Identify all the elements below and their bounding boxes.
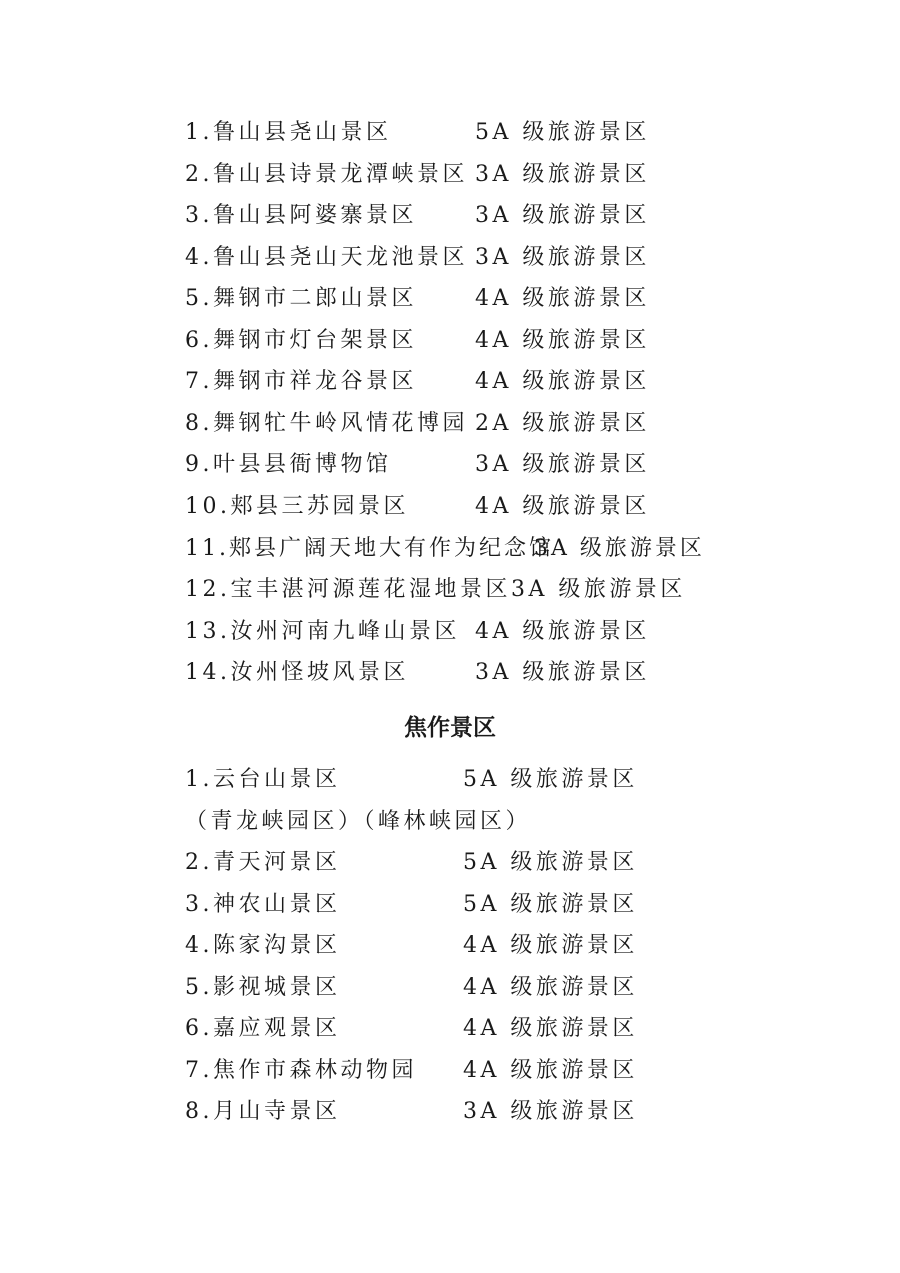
scenic-area-grade: 5A 级旅游景区 xyxy=(463,848,638,878)
scenic-area-grade: 3A 级旅游景区 xyxy=(463,1097,638,1127)
scenic-area-name: 3.鲁山县阿婆寨景区 xyxy=(185,201,417,231)
scenic-area-subareas: （青龙峡园区）（峰林峡园区） xyxy=(185,807,531,837)
scenic-area-grade: 4A 级旅游景区 xyxy=(463,1056,638,1086)
scenic-area-name: 1.鲁山县尧山景区 xyxy=(185,118,392,148)
document-page: 1.鲁山县尧山景区 5A 级旅游景区 2.鲁山县诗景龙潭峡景区 3A 级旅游景区… xyxy=(0,0,900,1273)
scenic-area-name: 5.影视城景区 xyxy=(185,973,341,1003)
scenic-area-name: 13.汝州河南九峰山景区 xyxy=(185,617,460,647)
scenic-area-name: 5.舞钢市二郎山景区 xyxy=(185,284,417,314)
scenic-area-name: 12.宝丰湛河源莲花湿地景区 xyxy=(185,575,511,605)
scenic-area-grade: 3A 级旅游景区 xyxy=(534,534,705,564)
scenic-area-grade: 3A 级旅游景区 xyxy=(511,575,686,605)
scenic-area-name: 7.焦作市森林动物园 xyxy=(185,1056,417,1086)
scenic-area-name: 2.青天河景区 xyxy=(185,848,341,878)
scenic-area-grade: 3A 级旅游景区 xyxy=(475,243,650,273)
scenic-area-name: 6.嘉应观景区 xyxy=(185,1014,341,1044)
scenic-area-grade: 3A 级旅游景区 xyxy=(475,658,650,688)
scenic-area-grade: 4A 级旅游景区 xyxy=(463,973,638,1003)
scenic-area-grade: 3A 级旅游景区 xyxy=(475,450,650,480)
scenic-area-name: 4.鲁山县尧山天龙池景区 xyxy=(185,243,468,273)
scenic-area-grade: 4A 级旅游景区 xyxy=(475,617,650,647)
scenic-area-name: 6.舞钢市灯台架景区 xyxy=(185,326,417,356)
scenic-area-grade: 4A 级旅游景区 xyxy=(475,492,650,522)
scenic-area-grade: 4A 级旅游景区 xyxy=(475,326,650,356)
scenic-area-grade: 3A 级旅游景区 xyxy=(475,201,650,231)
scenic-area-name: 9.叶县县衙博物馆 xyxy=(185,450,392,480)
scenic-area-name: 11.郏县广阔天地大有作为纪念馆 xyxy=(185,534,554,564)
scenic-area-grade: 4A 级旅游景区 xyxy=(475,284,650,314)
scenic-area-name: 14.汝州怪坡风景区 xyxy=(185,658,409,688)
scenic-area-name: 1.云台山景区 xyxy=(185,765,341,795)
scenic-area-name: 4.陈家沟景区 xyxy=(185,931,341,961)
scenic-area-grade: 5A 级旅游景区 xyxy=(475,118,650,148)
scenic-area-name: 10.郏县三苏园景区 xyxy=(185,492,409,522)
scenic-area-name: 8.月山寺景区 xyxy=(185,1097,341,1127)
scenic-area-name: 3.神农山景区 xyxy=(185,890,341,920)
scenic-area-name: 7.舞钢市祥龙谷景区 xyxy=(185,367,417,397)
scenic-area-grade: 4A 级旅游景区 xyxy=(463,1014,638,1044)
scenic-area-grade: 2A 级旅游景区 xyxy=(475,409,650,439)
scenic-area-grade: 5A 级旅游景区 xyxy=(463,765,638,795)
scenic-area-grade: 4A 级旅游景区 xyxy=(475,367,650,397)
scenic-area-grade: 4A 级旅游景区 xyxy=(463,931,638,961)
scenic-area-name: 2.鲁山县诗景龙潭峡景区 xyxy=(185,160,468,190)
scenic-area-grade: 5A 级旅游景区 xyxy=(463,890,638,920)
section-heading: 焦作景区 xyxy=(0,713,900,743)
scenic-area-name: 8.舞钢牤牛岭风情花博园 xyxy=(185,409,468,439)
scenic-area-grade: 3A 级旅游景区 xyxy=(475,160,650,190)
